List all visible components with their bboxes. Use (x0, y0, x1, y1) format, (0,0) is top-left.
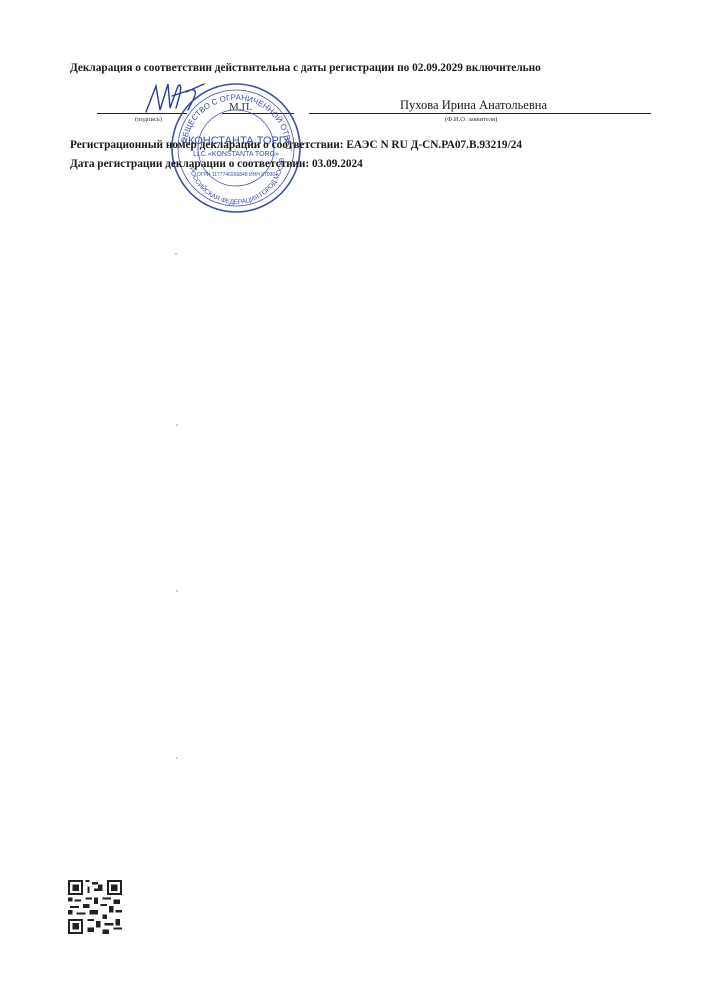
name-line (309, 113, 651, 114)
signer-name: Пухова Ирина Анатольевна (400, 98, 547, 113)
signature-caption: (подпись) (135, 116, 162, 123)
validity-statement: Декларация о соответствии действительна … (70, 62, 541, 74)
svg-text:LLC «KONSTANTA TORG»: LLC «KONSTANTA TORG» (193, 151, 279, 158)
qr-code-icon (68, 880, 122, 934)
scan-artifact (175, 253, 177, 255)
signer-caption: (Ф.И.О. заявителя) (445, 116, 497, 123)
scan-artifact (176, 757, 178, 759)
registration-date: Дата регистрации декларации о соответств… (70, 158, 363, 170)
scan-artifact (176, 424, 178, 426)
svg-text:ОГРН 1177746956848 ИНН 97090: ОГРН 1177746956848 ИНН 97090 (197, 172, 275, 178)
registration-number: Регистрационный номер декларации о соотв… (70, 139, 522, 151)
scan-artifact (176, 590, 178, 592)
